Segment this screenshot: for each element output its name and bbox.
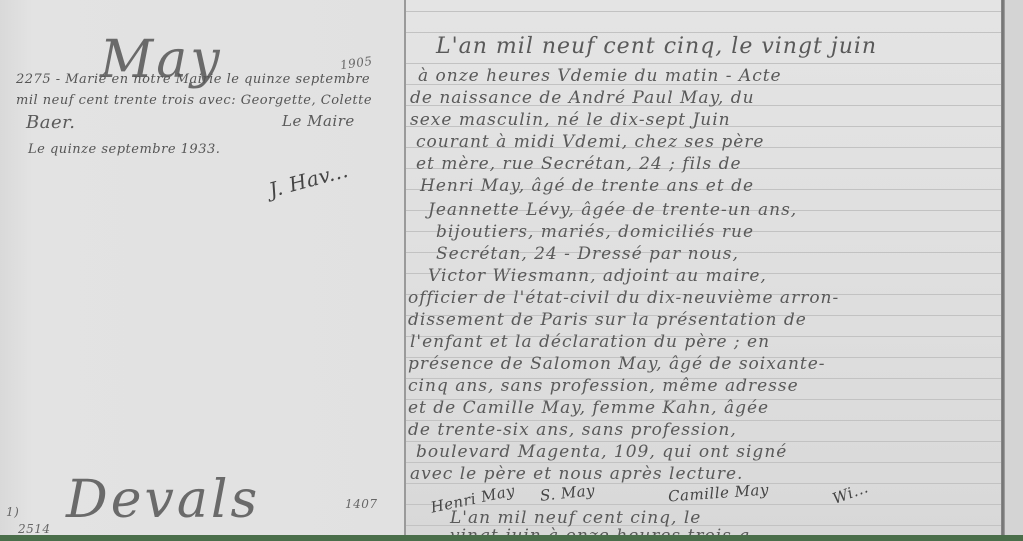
bottom-entry-number: 2514 (18, 522, 51, 536)
act-line: boulevard Magenta, 109, qui ont signé (416, 442, 787, 462)
act-line: et de Camille May, femme Kahn, âgée (408, 398, 769, 418)
act-line: l'enfant et la déclaration du père ; en (410, 332, 770, 352)
act-line: bijoutiers, mariés, domiciliés rue (436, 222, 754, 242)
act-line: de trente-six ans, sans profession, (408, 420, 737, 440)
act-line: Victor Wiesmann, adjoint au maire, (428, 266, 767, 286)
margin-rule (404, 0, 406, 535)
act-line: L'an mil neuf cent cinq, le vingt juin (436, 34, 877, 59)
bottom-reference: 1407 (345, 497, 378, 511)
register-page: May 1905 2275 - Marié en notre Mairie le… (0, 0, 1023, 541)
marginal-note-date: Le quinze septembre 1933. (28, 142, 220, 157)
act-line: cinq ans, sans profession, même adresse (408, 376, 799, 396)
act-line: Henri May, âgé de trente ans et de (420, 176, 754, 196)
marginal-note-line2: mil neuf cent trente trois avec: Georget… (16, 93, 372, 108)
act-line: à onze heures Vdemie du matin - Acte (418, 66, 782, 86)
bottom-marker: 1) (6, 505, 19, 519)
scan-bottom-border (0, 535, 1023, 541)
act-line: officier de l'état-civil du dix-neuvième… (408, 288, 839, 308)
act-line: de naissance de André Paul May, du (410, 88, 755, 108)
marginal-note-name: Baer. (26, 112, 75, 133)
signatory-title: Le Maire (282, 112, 355, 130)
act-line: avec le père et nous après lecture. (410, 464, 743, 484)
act-line: courant à midi Vdemi, chez ses père (416, 132, 765, 152)
marginal-note-line1: 2275 - Marié en notre Mairie le quinze s… (16, 72, 370, 87)
act-line: dissement de Paris sur la présentation d… (408, 310, 807, 330)
next-act-line: L'an mil neuf cent cinq, le (450, 508, 701, 528)
facing-page-edge (1005, 0, 1023, 535)
act-line: et mère, rue Secrétan, 24 ; fils de (416, 154, 742, 174)
act-line: présence de Salomon May, âgé de soixante… (408, 354, 826, 374)
act-line: sexe masculin, né le dix-sept Juin (410, 110, 731, 130)
act-line: Jeannette Lévy, âgée de trente-un ans, (428, 200, 797, 220)
act-line: Secrétan, 24 - Dressé par nous, (436, 244, 739, 264)
surname-devals: Devals (66, 470, 260, 530)
